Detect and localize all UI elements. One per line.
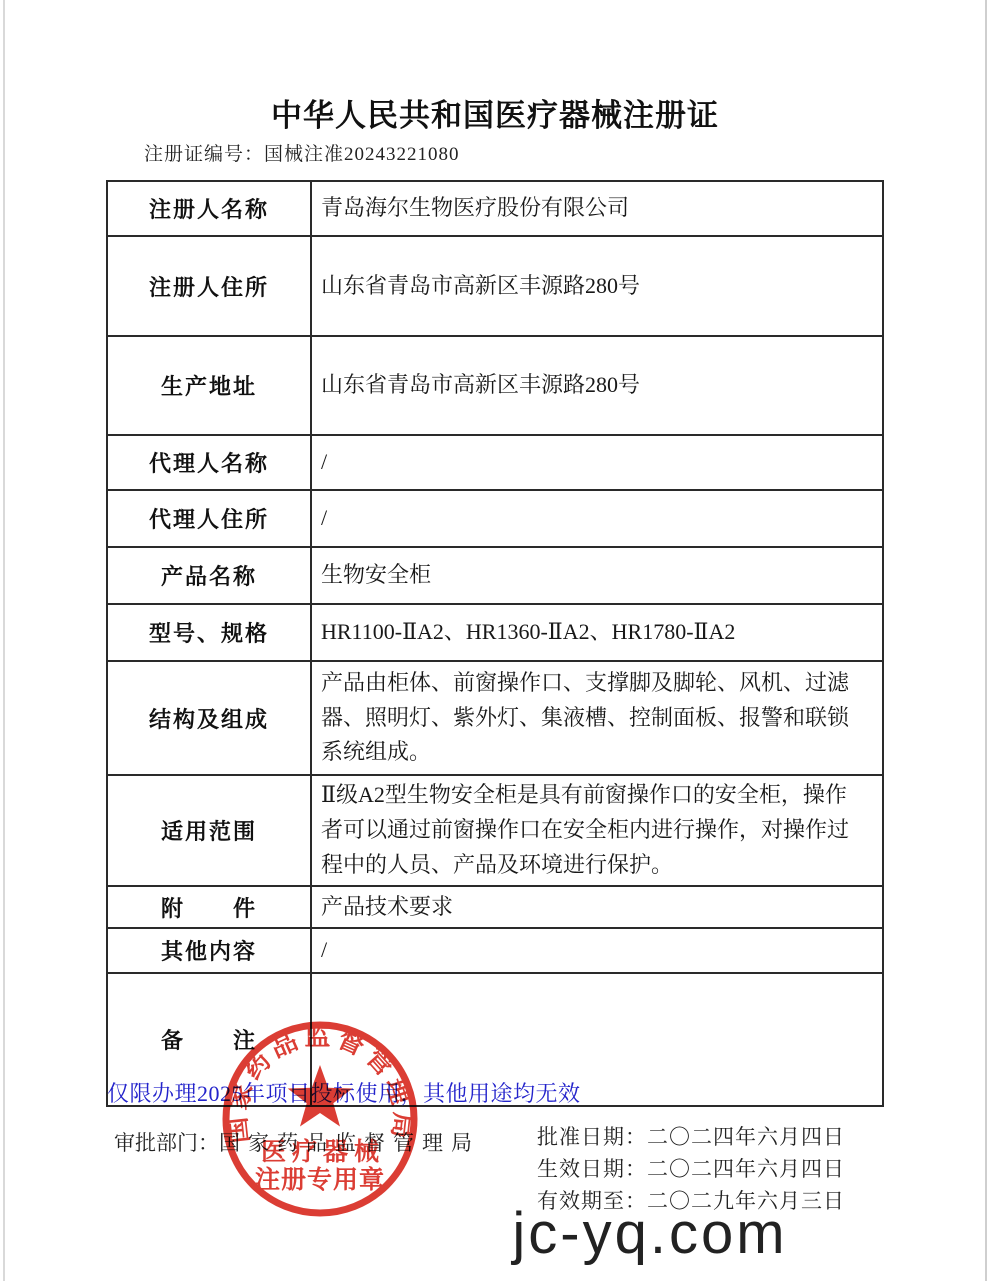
row-label: 注册人住所 xyxy=(108,237,312,335)
row-label: 其他内容 xyxy=(108,929,312,972)
row-label: 代理人名称 xyxy=(108,436,312,489)
table-row: 代理人住所 / xyxy=(108,489,882,546)
stamp-line2: 注册专用章 xyxy=(255,1165,385,1194)
effective-date-line: 生效日期：二〇二四年六月四日 xyxy=(537,1153,845,1185)
row-value: 山东省青岛市高新区丰源路280号 xyxy=(312,337,882,434)
table-row: 结构及组成 产品由柜体、前窗操作口、支撑脚及脚轮、风机、过滤器、照明灯、紫外灯、… xyxy=(108,660,882,774)
row-label: 代理人住所 xyxy=(108,491,312,546)
approval-department-value: 国家药品监督管理局 xyxy=(219,1131,480,1155)
row-value: Ⅱ级A2型生物安全柜是具有前窗操作口的安全柜，操作者可以通过前窗操作口在安全柜内… xyxy=(312,776,882,885)
table-row: 代理人名称 / xyxy=(108,434,882,489)
row-value: 青岛海尔生物医疗股份有限公司 xyxy=(312,182,882,235)
effective-date-value: 二〇二四年六月四日 xyxy=(647,1157,845,1181)
effective-date-label: 生效日期： xyxy=(537,1157,647,1181)
row-label: 生产地址 xyxy=(108,337,312,434)
approval-department-line: 审批部门：国家药品监督管理局 xyxy=(114,1127,480,1157)
site-watermark: jc-yq.com xyxy=(340,1200,960,1267)
approval-date-label: 批准日期： xyxy=(537,1125,647,1149)
row-value: / xyxy=(312,436,882,489)
row-value: / xyxy=(312,491,882,546)
page-title: 中华人民共和国医疗器械注册证 xyxy=(0,90,990,135)
row-value: 山东省青岛市高新区丰源路280号 xyxy=(312,237,882,335)
row-value: / xyxy=(312,929,882,972)
table-row: 附 件 产品技术要求 xyxy=(108,885,882,927)
approval-date-line: 批准日期：二〇二四年六月四日 xyxy=(537,1121,845,1153)
row-value: 生物安全柜 xyxy=(312,548,882,603)
row-label: 注册人名称 xyxy=(108,182,312,235)
row-value: 产品由柜体、前窗操作口、支撑脚及脚轮、风机、过滤器、照明灯、紫外灯、集液槽、控制… xyxy=(312,662,882,774)
certificate-page: 中华人民共和国医疗器械注册证 注册证编号：国械注准20243221080 注册人… xyxy=(0,0,990,1281)
row-value: 产品技术要求 xyxy=(312,887,882,927)
restriction-note: 仅限办理2025年项目投标使用，其他用途均无效 xyxy=(107,1077,885,1108)
page-left-edge-line xyxy=(3,0,5,1281)
certificate-table: 注册人名称 青岛海尔生物医疗股份有限公司 注册人住所 山东省青岛市高新区丰源路2… xyxy=(106,180,884,1107)
table-row: 注册人名称 青岛海尔生物医疗股份有限公司 xyxy=(108,182,882,235)
row-label: 结构及组成 xyxy=(108,662,312,774)
table-row: 生产地址 山东省青岛市高新区丰源路280号 xyxy=(108,335,882,434)
table-row: 注册人住所 山东省青岛市高新区丰源路280号 xyxy=(108,235,882,335)
approval-date-value: 二〇二四年六月四日 xyxy=(647,1125,845,1149)
table-row: 其他内容 / xyxy=(108,927,882,972)
row-value: HR1100-ⅡA2、HR1360-ⅡA2、HR1780-ⅡA2 xyxy=(312,605,882,660)
table-row: 产品名称 生物安全柜 xyxy=(108,546,882,603)
table-row: 适用范围 Ⅱ级A2型生物安全柜是具有前窗操作口的安全柜，操作者可以通过前窗操作口… xyxy=(108,774,882,885)
table-row: 型号、规格 HR1100-ⅡA2、HR1360-ⅡA2、HR1780-ⅡA2 xyxy=(108,603,882,660)
row-label: 产品名称 xyxy=(108,548,312,603)
row-label: 附 件 xyxy=(108,887,312,927)
approval-department-label: 审批部门： xyxy=(114,1131,219,1155)
row-label: 型号、规格 xyxy=(108,605,312,660)
row-label: 适用范围 xyxy=(108,776,312,885)
certificate-number: 注册证编号：国械注准20243221080 xyxy=(144,139,460,166)
page-right-edge-line xyxy=(985,0,987,1281)
